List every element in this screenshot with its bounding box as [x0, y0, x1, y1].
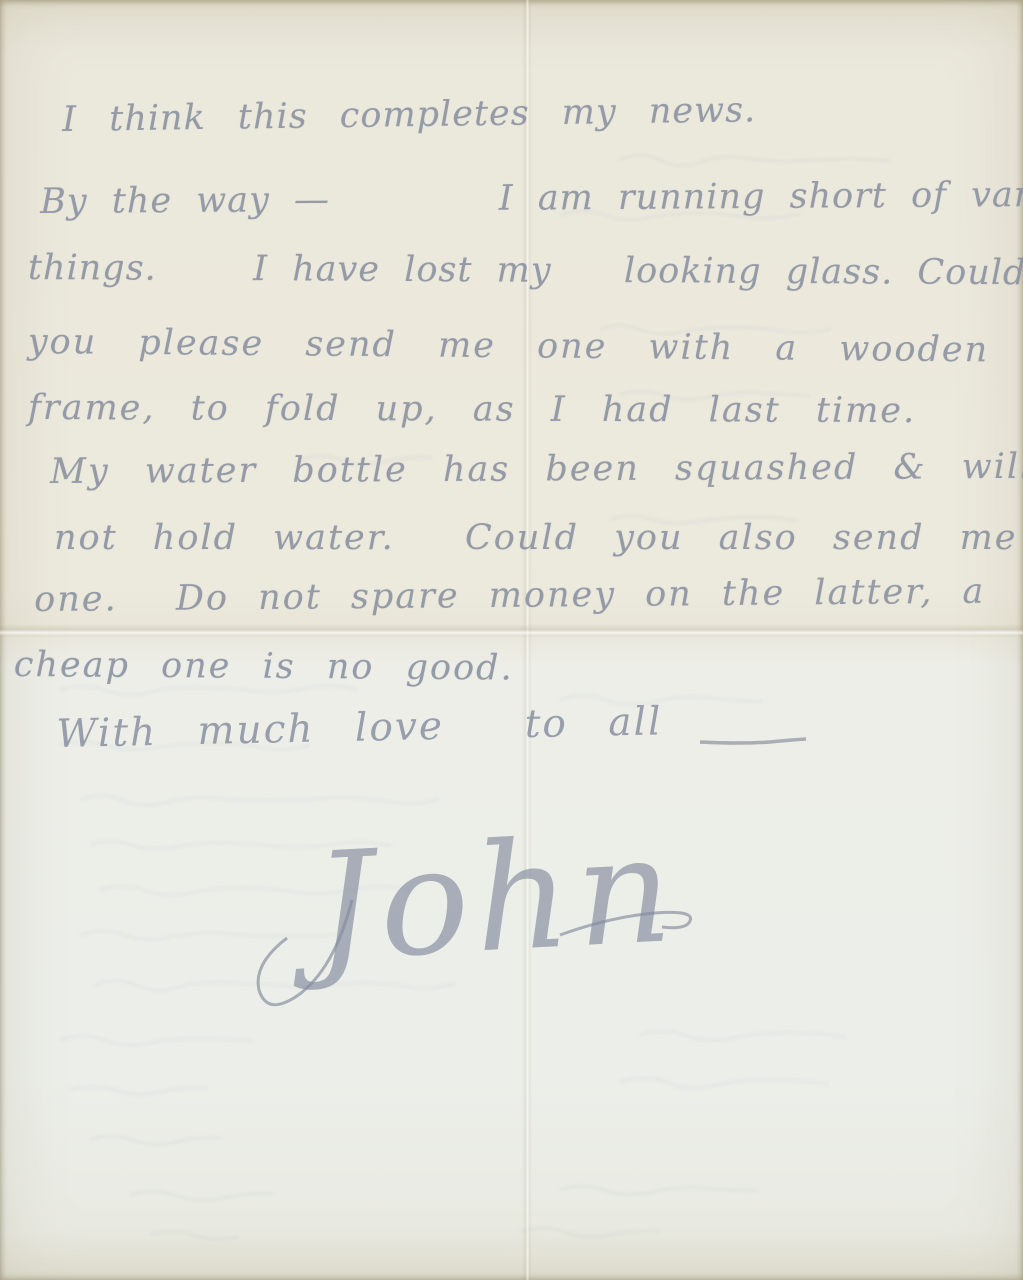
letter-line: I think this completes my news. — [62, 90, 756, 140]
letter-line: you please send me one with a wooden — [28, 322, 990, 370]
letter-line: not hold water. Could you also send me — [54, 518, 1018, 558]
letter-line: things. I have lost my looking glass. Co… — [28, 248, 1023, 293]
letter-page: I think this completes my news. By the w… — [0, 0, 1023, 1280]
letter-line: My water bottle has been squashed & will — [50, 447, 1023, 492]
letter-line: cheap one is no good. — [14, 645, 514, 688]
letter-line: frame, to fold up, as I had last time. — [28, 388, 916, 431]
horizontal-fold-crease — [0, 624, 1023, 638]
letter-line: one. Do not spare money on the latter, a — [34, 572, 985, 620]
letter-line: By the way — I am running short of vario… — [40, 175, 1023, 222]
letter-closing: With much love to all — [56, 699, 663, 757]
signature: John — [310, 803, 682, 994]
